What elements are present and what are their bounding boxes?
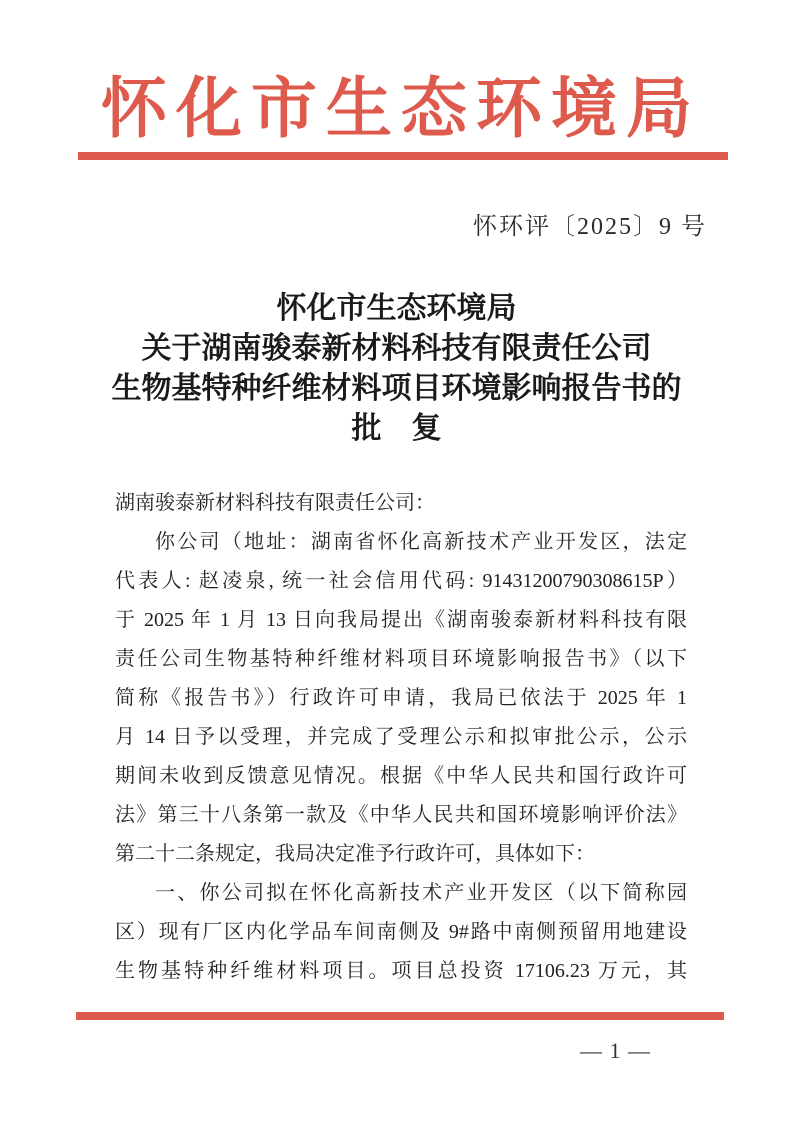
page-number: — 1 — xyxy=(580,1038,651,1064)
body-text-line: 于 2025 年 1 月 13 日向我局提出《湖南骏泰新材料科技有限 xyxy=(115,601,687,640)
document-body: 湖南骏泰新材料科技有限责任公司： 你公司（地址：湖南省怀化高新技术产业开发区，法… xyxy=(115,484,687,991)
document-title: 怀化市生态环境局 关于湖南骏泰新材料科技有限责任公司 生物基特种纤维材料项目环境… xyxy=(0,289,793,449)
document-title-line: 生物基特种纤维材料项目环境影响报告书的 xyxy=(0,369,793,409)
document-reference-number: 怀环评〔2025〕9 号 xyxy=(473,206,707,241)
body-text-line: 区）现有厂区内化学品车间南侧及 9#路中南侧预留用地建设 xyxy=(115,913,687,952)
document-title-line: 批 复 xyxy=(0,409,793,449)
body-text-line: 生物基特种纤维材料项目。项目总投资 17106.23 万元，其 xyxy=(115,952,687,991)
document-page: 怀化市生态环境局 怀环评〔2025〕9 号 怀化市生态环境局 关于湖南骏泰新材料… xyxy=(0,0,793,1122)
footer-divider xyxy=(76,1012,724,1020)
body-text-line: 一、你公司拟在怀化高新技术产业开发区（以下简称园 xyxy=(115,874,687,913)
body-text-line: 你公司（地址：湖南省怀化高新技术产业开发区，法定 xyxy=(115,523,687,562)
body-text-line: 法》第三十八条第一款及《中华人民共和国环境影响评价法》 xyxy=(115,796,687,835)
body-text-line: 代表人: 赵凌泉, 统一社会信用代码: 91431200790308615P） xyxy=(115,562,687,601)
body-text-line: 月 14 日予以受理，并完成了受理公示和拟审批公示，公示 xyxy=(115,718,687,757)
body-text-line: 期间未收到反馈意见情况。根据《中华人民共和国行政许可 xyxy=(115,757,687,796)
body-text-line: 第二十二条规定，我局决定准予行政许可，具体如下： xyxy=(115,835,687,874)
agency-letterhead-title: 怀化市生态环境局 xyxy=(0,74,793,147)
letterhead-divider xyxy=(78,152,728,160)
body-text-line: 简称《报告书》）行政许可申请，我局已依法于 2025 年 1 xyxy=(115,679,687,718)
document-title-line: 关于湖南骏泰新材料科技有限责任公司 xyxy=(0,329,793,369)
document-title-line: 怀化市生态环境局 xyxy=(0,289,793,329)
body-text-line: 责任公司生物基特种纤维材料项目环境影响报告书》（以下 xyxy=(115,640,687,679)
body-text-line: 湖南骏泰新材料科技有限责任公司： xyxy=(115,484,687,523)
